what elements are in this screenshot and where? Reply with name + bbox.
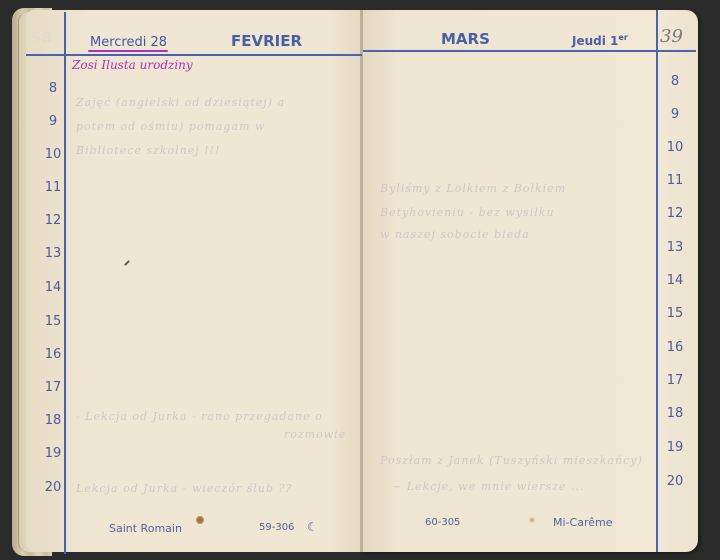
left-hour: 19 — [38, 446, 68, 461]
left-hour: 12 — [38, 213, 68, 228]
pencil-note: Bibliotece szkolnej !!! — [76, 144, 220, 157]
right-hour: 20 — [660, 474, 690, 489]
right-day-text: Jeudi 1 — [572, 34, 618, 48]
right-hour: 11 — [660, 173, 690, 188]
right-hour: 13 — [660, 240, 690, 255]
left-hour: 17 — [38, 380, 68, 395]
right-hour: 17 — [660, 373, 690, 388]
left-hour: 15 — [38, 314, 68, 329]
pencil-note: Byliśmy z Lolkiem z Bolkiem — [380, 182, 566, 195]
right-page — [362, 10, 698, 552]
ink-dot-stain — [196, 516, 204, 524]
left-header-rule — [26, 54, 362, 56]
right-day-label: Jeudi 1er — [572, 33, 628, 48]
right-hour: 9 — [660, 107, 690, 122]
left-hour: 10 — [38, 147, 68, 162]
right-hour: 18 — [660, 406, 690, 421]
pencil-note: Zajęć (angielski od dziesiątej) a — [76, 96, 285, 109]
pencil-note: w naszej sobocie bieda — [380, 228, 530, 241]
right-day-suffix: er — [618, 33, 627, 42]
left-day-label: Mercredi 28 — [90, 35, 167, 50]
left-footer-day-numbers: 59-306 — [259, 522, 294, 533]
left-hour: 13 — [38, 246, 68, 261]
open-diary: 58 Mercredi 28 FEVRIER MARS Jeudi 1er 39… — [0, 0, 720, 560]
small-stain — [529, 517, 535, 523]
pencil-note: Poszłam z Janek (Tuszyński mieszkańcy) — [380, 454, 643, 467]
day-underline-ink — [88, 50, 168, 52]
handwritten-page-number: 39 — [660, 26, 683, 47]
right-hour: 10 — [660, 140, 690, 155]
right-margin-rule — [656, 10, 658, 552]
right-footer-feast: Mi-Carême — [553, 516, 612, 529]
left-hour: 20 — [38, 480, 68, 495]
right-hour: 8 — [660, 74, 690, 89]
ink-birthday-note: Zosi Ilusta urodziny — [72, 58, 193, 72]
right-hour: 19 — [660, 440, 690, 455]
right-hour: 14 — [660, 273, 690, 288]
left-month-title: FEVRIER — [231, 32, 302, 50]
left-footer-saint: Saint Romain — [109, 522, 182, 535]
pencil-note: Betyhovieniu - bez wysiłku — [380, 206, 555, 219]
left-hour: 8 — [38, 81, 68, 96]
pencil-note: ~ Lekcje, we mnie wiersze ... — [392, 480, 584, 493]
pencil-note: Lekcja od Jurka - wieczór ślub ?? — [76, 482, 292, 495]
pencil-note: potem od ośmiu) pomagam w — [76, 120, 265, 133]
left-hour: 16 — [38, 347, 68, 362]
pencil-note: rozmowie — [284, 428, 346, 441]
left-hour: 18 — [38, 413, 68, 428]
left-page — [26, 10, 362, 552]
right-hour: 16 — [660, 340, 690, 355]
left-hour: 9 — [38, 114, 68, 129]
right-header-rule — [363, 50, 696, 52]
right-footer-day-numbers: 60-305 — [425, 517, 460, 528]
left-hour: 14 — [38, 280, 68, 295]
right-month-title: MARS — [441, 30, 490, 48]
pencil-note: - Lekcja od Jurka - rano przegadane o — [76, 410, 323, 423]
book-gutter — [360, 10, 363, 552]
right-hour: 12 — [660, 206, 690, 221]
moon-phase-icon: ☾ — [307, 520, 318, 534]
left-hour: 11 — [38, 180, 68, 195]
left-corner-number: 58 — [30, 28, 52, 47]
right-hour: 15 — [660, 306, 690, 321]
